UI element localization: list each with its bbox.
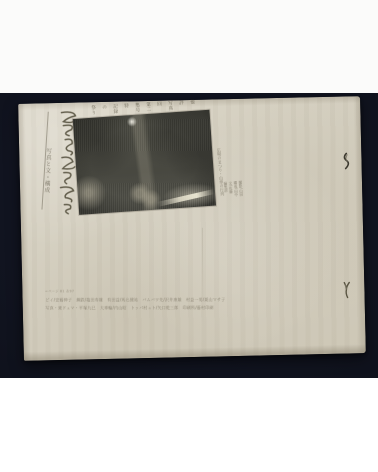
footer-caption-line-3: 写真・東ドュマ・平塚九巳 大車輪/内山昭 トッパ村ュト/矢口乾三郎 印刷所/藤村…: [45, 305, 225, 310]
white-backdrop-bottom: [0, 378, 378, 472]
photo-highlight-streak: [157, 189, 215, 207]
binding-thread-bottom: [340, 281, 352, 303]
footer-caption-line-1: ←ページ 81 あ97: [45, 289, 225, 293]
printed-layer: 祭り の 記録 特 集号 第二 回 写真 評 他: [16, 93, 372, 364]
book-page: 祭り の 記録 特 集号 第二 回 写真 評 他: [18, 96, 366, 361]
index-mark: 回: [156, 101, 161, 106]
index-mark: 評: [178, 100, 183, 105]
credit-column-block: 撮影/山田 構成/田中 文/佐藤 編集部: [223, 180, 247, 223]
halftone-photograph: [73, 110, 216, 215]
index-mark: 記録: [112, 104, 118, 114]
index-mark: 祭り: [90, 105, 96, 115]
index-mark: 第二: [145, 102, 151, 112]
handwritten-subtitle-column: 写真と文・構成: [41, 148, 51, 214]
product-photo-stage: 祭り の 記録 特 集号 第二 回 写真 評 他: [0, 93, 378, 378]
index-mark: 集号: [134, 102, 140, 112]
index-mark: 写真: [167, 101, 173, 111]
index-mark: 特: [123, 103, 128, 108]
white-backdrop-top: [0, 0, 378, 93]
footer-caption-line-2: どイ/安藤伸子 鋼鉄/塩田寿雄 有田益/馬込健祐 バムバワ先/沢井康雄 村益一男…: [45, 297, 225, 302]
index-mark: の: [101, 104, 106, 109]
index-mark: 他: [189, 99, 194, 104]
footer-caption-block: ←ページ 81 あ97 どイ/安藤伸子 鋼鉄/塩田寿雄 有田益/馬込健祐 バムバ…: [45, 289, 225, 313]
binding-thread-top: [340, 152, 352, 174]
